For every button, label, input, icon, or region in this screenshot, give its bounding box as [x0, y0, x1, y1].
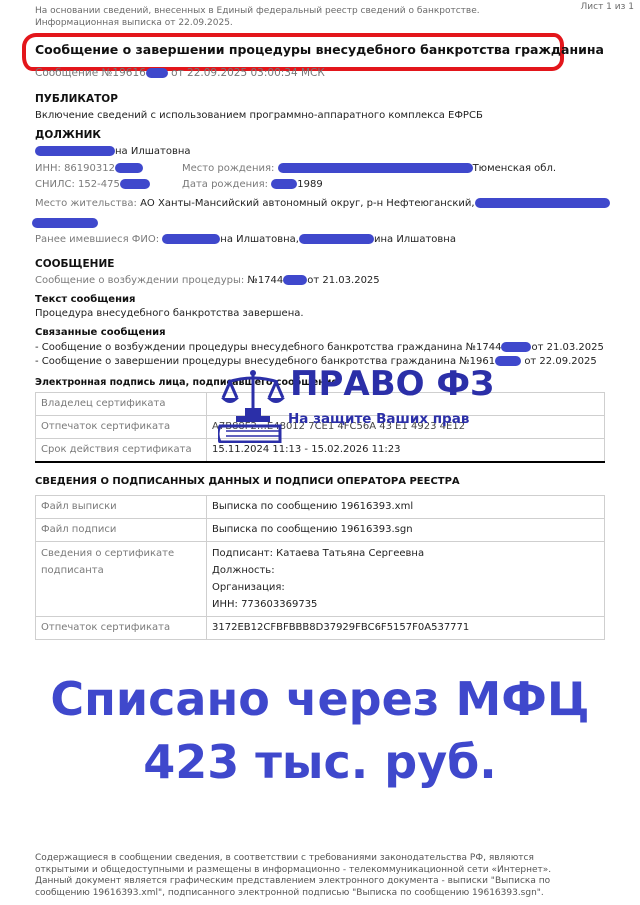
- footer-disclaimer: Содержащиеся в сообщении сведения, в соо…: [35, 853, 555, 899]
- watermark-subtitle: На защите Ваших прав: [288, 411, 469, 427]
- row-value: 3172EB12CFBFBBB8D37929FBC6F5157F0A537771: [207, 617, 605, 640]
- promo-line-1: Списано через МФЦ: [0, 672, 640, 726]
- debtor-birthdate: Дата рождения: 1989: [182, 179, 323, 190]
- row-value: Выписка по сообщению 19616393.xml: [207, 496, 605, 519]
- related-messages-heading: Связанные сообщения: [35, 327, 166, 338]
- row-label: Файл подписи: [36, 519, 207, 542]
- operator-table: Файл выписки Выписка по сообщению 196163…: [35, 495, 605, 640]
- promo-line-2: 423 тыс. руб.: [0, 735, 640, 789]
- redaction-mark: [115, 163, 143, 173]
- redaction-mark: [475, 198, 610, 208]
- debtor-snils: СНИЛС: 152-475: [35, 179, 150, 190]
- table-row: Файл выписки Выписка по сообщению 196163…: [36, 496, 605, 519]
- redaction-mark: [120, 179, 150, 189]
- redaction-mark: [283, 275, 307, 285]
- document-title: Сообщение о завершении процедуры внесуде…: [35, 42, 604, 57]
- top-note: На основании сведений, внесенных в Едины…: [35, 5, 480, 29]
- table-row: Срок действия сертификата 15.11.2024 11:…: [36, 439, 605, 463]
- redaction-mark: [495, 356, 521, 366]
- debtor-birthplace: Место рождения: Тюменская обл.: [182, 163, 556, 174]
- debtor-heading: ДОЛЖНИК: [35, 129, 101, 141]
- table-row: Сведения о сертификате подписанта Подпис…: [36, 542, 605, 617]
- redaction-mark: [35, 146, 115, 156]
- row-value: Выписка по сообщению 19616393.sgn: [207, 519, 605, 542]
- top-note-line-2: Информационная выписка от 22.09.2025.: [35, 17, 480, 29]
- redaction-mark: [146, 68, 168, 78]
- row-label: Отпечаток сертификата: [36, 416, 207, 439]
- row-label: Владелец сертификата: [36, 393, 207, 416]
- debtor-residence-line-2: [32, 212, 98, 231]
- page-indicator: Лист 1 из 1: [581, 2, 634, 12]
- redaction-mark: [278, 163, 473, 173]
- table-row: Отпечаток сертификата 3172EB12CFBFBBB8D3…: [36, 617, 605, 640]
- redaction-mark: [299, 234, 374, 244]
- row-label: Срок действия сертификата: [36, 439, 207, 463]
- publisher-text: Включение сведений с использованием прог…: [35, 110, 483, 121]
- row-label: Сведения о сертификате подписанта: [36, 542, 207, 617]
- redaction-mark: [501, 342, 531, 352]
- debtor-former-names: Ранее имевшиеся ФИО: на Илшатовна,ина Ил…: [35, 234, 456, 245]
- row-label: Отпечаток сертификата: [36, 617, 207, 640]
- watermark-title: ПРАВО ФЗ: [290, 364, 494, 404]
- debtor-name: на Илшатовна: [35, 146, 191, 157]
- message-text-body: Процедура внесудебного банкротства завер…: [35, 308, 304, 319]
- redaction-mark: [32, 218, 98, 228]
- redaction-mark: [162, 234, 220, 244]
- initiation-message: Сообщение о возбуждении процедуры: №1744…: [35, 275, 380, 286]
- debtor-inn: ИНН: 86190312: [35, 163, 143, 174]
- message-meta: Сообщение №19616 от 22.09.2025 03:00:34 …: [35, 67, 325, 79]
- scales-of-justice-icon: [218, 368, 290, 443]
- redaction-mark: [271, 179, 297, 189]
- message-heading: СООБЩЕНИЕ: [35, 258, 114, 270]
- table-row: Файл подписи Выписка по сообщению 196163…: [36, 519, 605, 542]
- top-note-line-1: На основании сведений, внесенных в Едины…: [35, 5, 480, 17]
- message-number: Сообщение №19616: [35, 67, 146, 79]
- publisher-heading: ПУБЛИКАТОР: [35, 93, 118, 105]
- row-label: Файл выписки: [36, 496, 207, 519]
- message-text-heading: Текст сообщения: [35, 294, 135, 305]
- related-message[interactable]: - Сообщение о возбуждении процедуры внес…: [35, 342, 604, 353]
- message-date: от 22.09.2025 03:00:34 МСК: [171, 67, 325, 79]
- debtor-residence: Место жительства: АО Ханты-Мансийский ав…: [35, 198, 610, 209]
- row-value: Подписант: Катаева Татьяна Сергеевна Дол…: [207, 542, 605, 617]
- operator-heading: СВЕДЕНИЯ О ПОДПИСАННЫХ ДАННЫХ И ПОДПИСИ …: [35, 476, 460, 487]
